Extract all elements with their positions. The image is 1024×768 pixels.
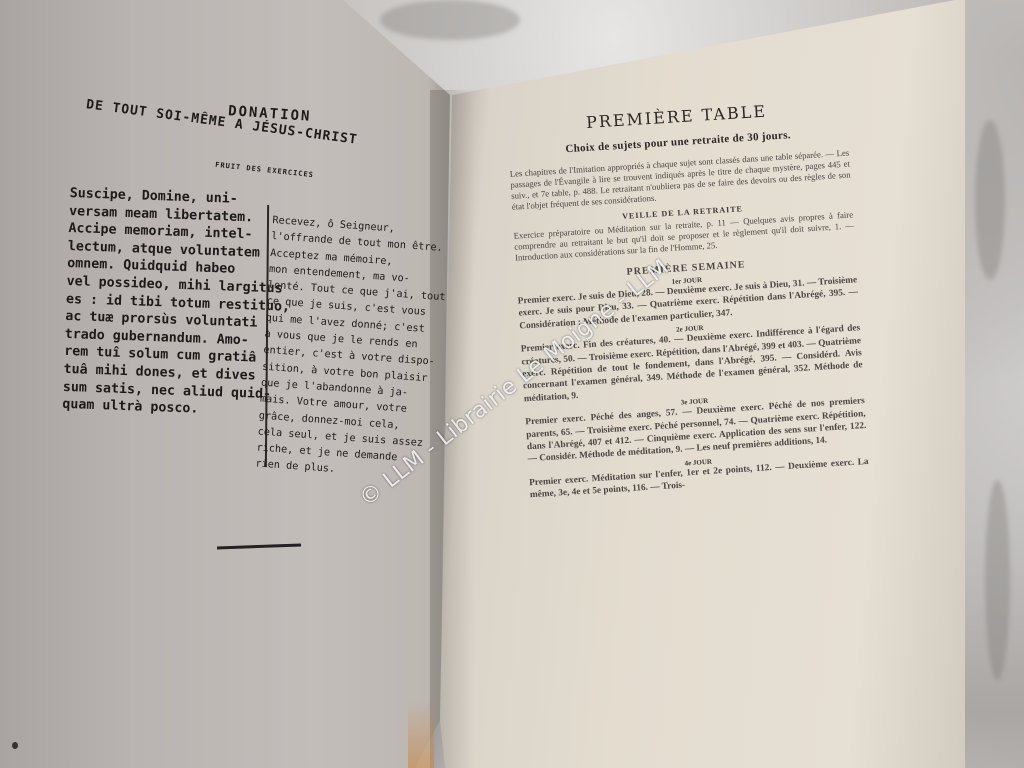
page-edge-stain (408, 700, 434, 768)
marble-vein (975, 120, 1005, 280)
page-mark (12, 742, 18, 749)
marble-vein (380, 0, 520, 40)
french-prayer: Recevez, ô Seigneur, l'offrande de tout … (255, 213, 433, 484)
table-of-subjects: PREMIÈRE TABLE Choix de sujets pour une … (505, 77, 870, 502)
marble-vein (985, 480, 1010, 680)
latin-prayer: Suscipe, Domine, uni- versam meam libert… (62, 185, 265, 420)
